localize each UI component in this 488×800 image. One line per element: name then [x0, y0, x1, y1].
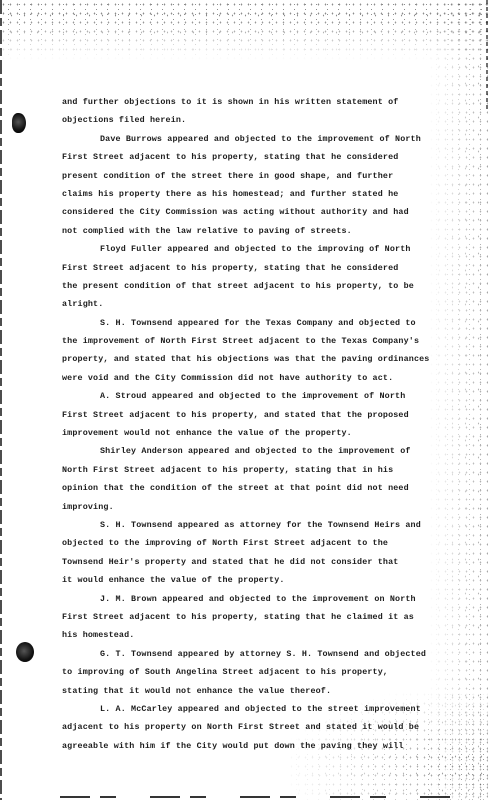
- text-line: present condition of the street there in…: [62, 167, 462, 185]
- text-line: North First Street adjacent to his prope…: [62, 461, 462, 479]
- text-line: the improvement of North First Street ad…: [62, 332, 462, 350]
- text-line: to improving of South Angelina Street ad…: [62, 663, 462, 681]
- text-line: and further objections to it is shown in…: [62, 93, 462, 111]
- scan-bottom-edge: [60, 796, 458, 798]
- text-line: property, and stated that his objections…: [62, 350, 462, 368]
- scan-noise-top: [0, 0, 488, 60]
- text-line: his homestead.: [62, 626, 462, 644]
- text-line: it would enhance the value of the proper…: [62, 571, 462, 589]
- paragraph-first-line: Shirley Anderson appeared and objected t…: [62, 442, 462, 460]
- text-line: First Street adjacent to his property, s…: [62, 259, 462, 277]
- punch-hole-icon: [12, 113, 26, 133]
- text-line: First Street adjacent to his property, s…: [62, 608, 462, 626]
- text-line: improving.: [62, 498, 462, 516]
- text-line: not complied with the law relative to pa…: [62, 222, 462, 240]
- text-line: stating that it would not enhance the va…: [62, 682, 462, 700]
- text-line: agreeable with him if the City would put…: [62, 737, 462, 755]
- paragraph-first-line: A. Stroud appeared and objected to the i…: [62, 387, 462, 405]
- paragraph-first-line: G. T. Townsend appeared by attorney S. H…: [62, 645, 462, 663]
- document-page: and further objections to it is shown in…: [0, 0, 488, 800]
- text-line: First Street adjacent to his property, a…: [62, 406, 462, 424]
- text-line: considered the City Commission was actin…: [62, 203, 462, 221]
- paragraph-first-line: L. A. McCarley appeared and objected to …: [62, 700, 462, 718]
- document-body: and further objections to it is shown in…: [62, 93, 462, 755]
- text-line: First Street adjacent to his property, s…: [62, 148, 462, 166]
- paragraph-first-line: S. H. Townsend appeared as attorney for …: [62, 516, 462, 534]
- text-line: adjacent to his property on North First …: [62, 718, 462, 736]
- text-line: the present condition of that street adj…: [62, 277, 462, 295]
- text-line: objections filed herein.: [62, 111, 462, 129]
- text-line: opinion that the condition of the street…: [62, 479, 462, 497]
- paragraph-first-line: J. M. Brown appeared and objected to the…: [62, 590, 462, 608]
- paragraph-first-line: Floyd Fuller appeared and objected to th…: [62, 240, 462, 258]
- paragraph-first-line: S. H. Townsend appeared for the Texas Co…: [62, 314, 462, 332]
- paragraph-first-line: Dave Burrows appeared and objected to th…: [62, 130, 462, 148]
- text-line: were void and the City Commission did no…: [62, 369, 462, 387]
- text-line: objected to the improving of North First…: [62, 534, 462, 552]
- text-line: Townsend Heir's property and stated that…: [62, 553, 462, 571]
- scan-left-edge: [0, 0, 2, 800]
- text-line: claims his property there as his homeste…: [62, 185, 462, 203]
- punch-hole-icon: [16, 642, 34, 662]
- text-line: alright.: [62, 295, 462, 313]
- text-line: improvement would not enhance the value …: [62, 424, 462, 442]
